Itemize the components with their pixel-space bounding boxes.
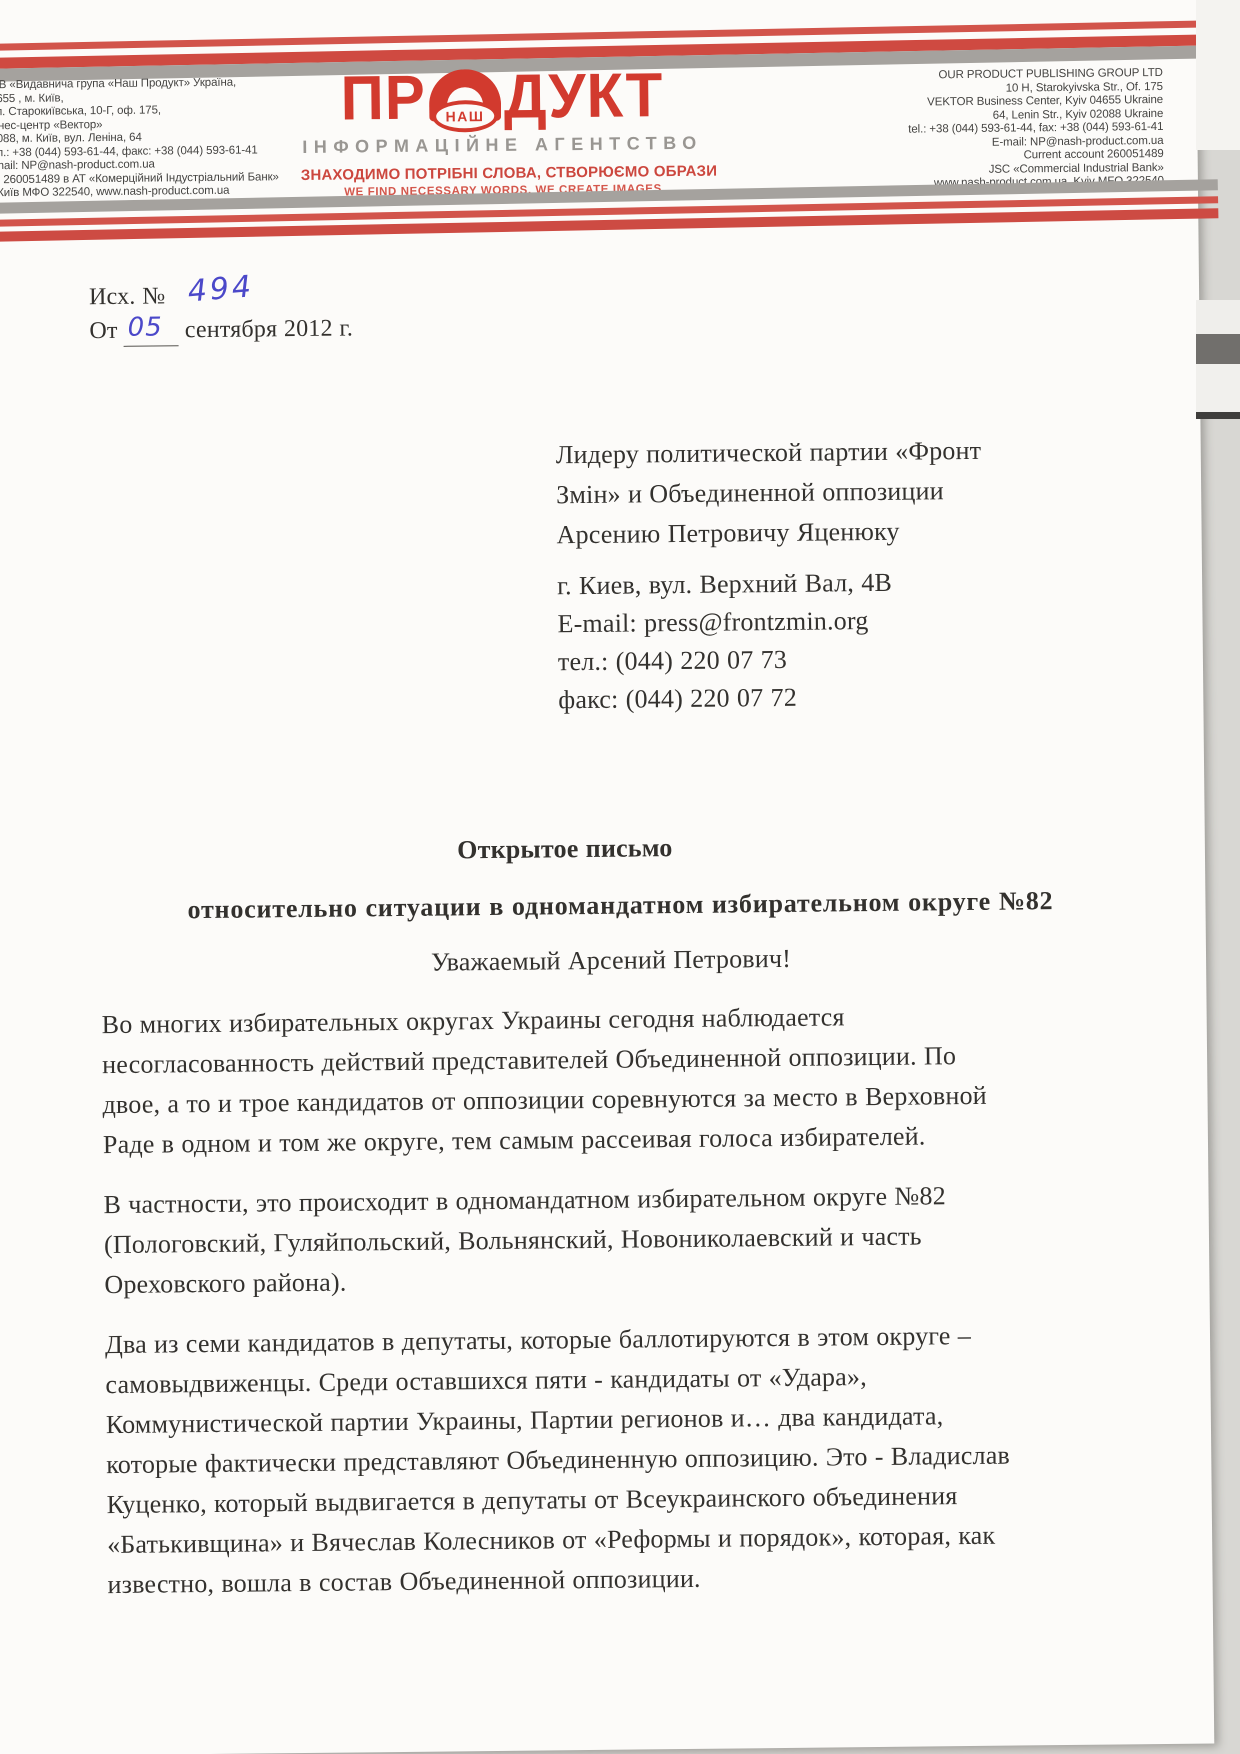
company-logo: ПР НАШ ДУКТ ІНФОРМАЦІЙНЕ АГЕНТСТВО ЗНАХО… <box>300 65 705 199</box>
outgoing-number-label: Исх. № <box>89 283 166 310</box>
recipient-address-line: г. Киев, вул. Верхний Вал, 4В <box>557 564 892 606</box>
outgoing-number-line: Исх. № 494 <box>89 275 255 312</box>
logo-text-right: ДУКТ <box>503 65 663 127</box>
letter-salutation: Уважаемый Арсений Петрович! <box>101 940 1121 981</box>
letter-title: Открытое письмо <box>100 829 1030 869</box>
letter-paragraph: Два из семи кандидатов в депутаты, котор… <box>105 1314 1138 1605</box>
letter-subtitle: относительно ситуации в одномандатном из… <box>100 885 1140 926</box>
recipient-line: Арсению Петровичу Яценюку <box>556 511 982 555</box>
handwritten-day-underline: 05 <box>124 314 179 347</box>
logo-wordmark: ПР НАШ ДУКТ <box>300 65 705 133</box>
scanned-letter-page: ОВ «Видавнича група «Наш Продукт» Україн… <box>0 0 1240 1754</box>
scanner-artifact-strip <box>1196 364 1240 412</box>
scanner-artifact-strip <box>1196 300 1240 334</box>
recipient-address-block: г. Киев, вул. Верхний Вал, 4ВE-mail: pre… <box>557 564 893 719</box>
date-prefix: От <box>89 318 118 344</box>
logo-tagline-ua: ЗНАХОДИМО ПОТРІБНІ СЛОВА, СТВОРЮЄМО ОБРА… <box>301 163 705 184</box>
logo-letter-o: НАШ <box>428 67 501 132</box>
recipient-address-line: E-mail: press@frontzmin.org <box>557 602 892 644</box>
recipient-line: Змін» и Объединенной оппозиции <box>556 471 982 515</box>
recipient-address-line: факс: (044) 220 07 72 <box>558 678 893 720</box>
recipient-line: Лидеру политической партии «Фронт <box>556 431 982 475</box>
handwritten-day: 05 <box>127 312 162 342</box>
logo-subtitle: ІНФОРМАЦІЙНЕ АГЕНТСТВО <box>300 133 704 158</box>
logo-text-left: ПР <box>340 68 426 129</box>
date-rest: сентября 2012 г. <box>185 315 354 343</box>
letter-paragraph: В частности, это происходит в одномандат… <box>103 1174 1134 1305</box>
letter-paragraph: Во многих избирательных округах Украины … <box>101 994 1133 1165</box>
scanner-artifact-strip <box>1196 334 1240 364</box>
letterhead-left-column: ОВ «Видавнича група «Наш Продукт» Україн… <box>0 75 351 200</box>
scanner-artifact-strip <box>1196 0 1240 150</box>
recipient-address-line: тел.: (044) 220 07 73 <box>558 640 893 682</box>
letterhead-right-column: OUR PRODUCT PUBLISHING GROUP LTD10 H, St… <box>733 67 1164 193</box>
scanner-artifact-strip <box>1196 412 1240 419</box>
letter-body: Во многих избирательных округах Украины … <box>101 994 1137 1625</box>
date-line: От05сентября 2012 г. <box>89 312 353 347</box>
handwritten-outgoing-number: 494 <box>187 269 256 309</box>
paper-sheet: ОВ «Видавнича група «Наш Продукт» Україн… <box>0 0 1214 1754</box>
recipient-block: Лидеру политической партии «ФронтЗмін» и… <box>556 431 983 555</box>
logo-oval-badge: НАШ <box>432 100 498 133</box>
